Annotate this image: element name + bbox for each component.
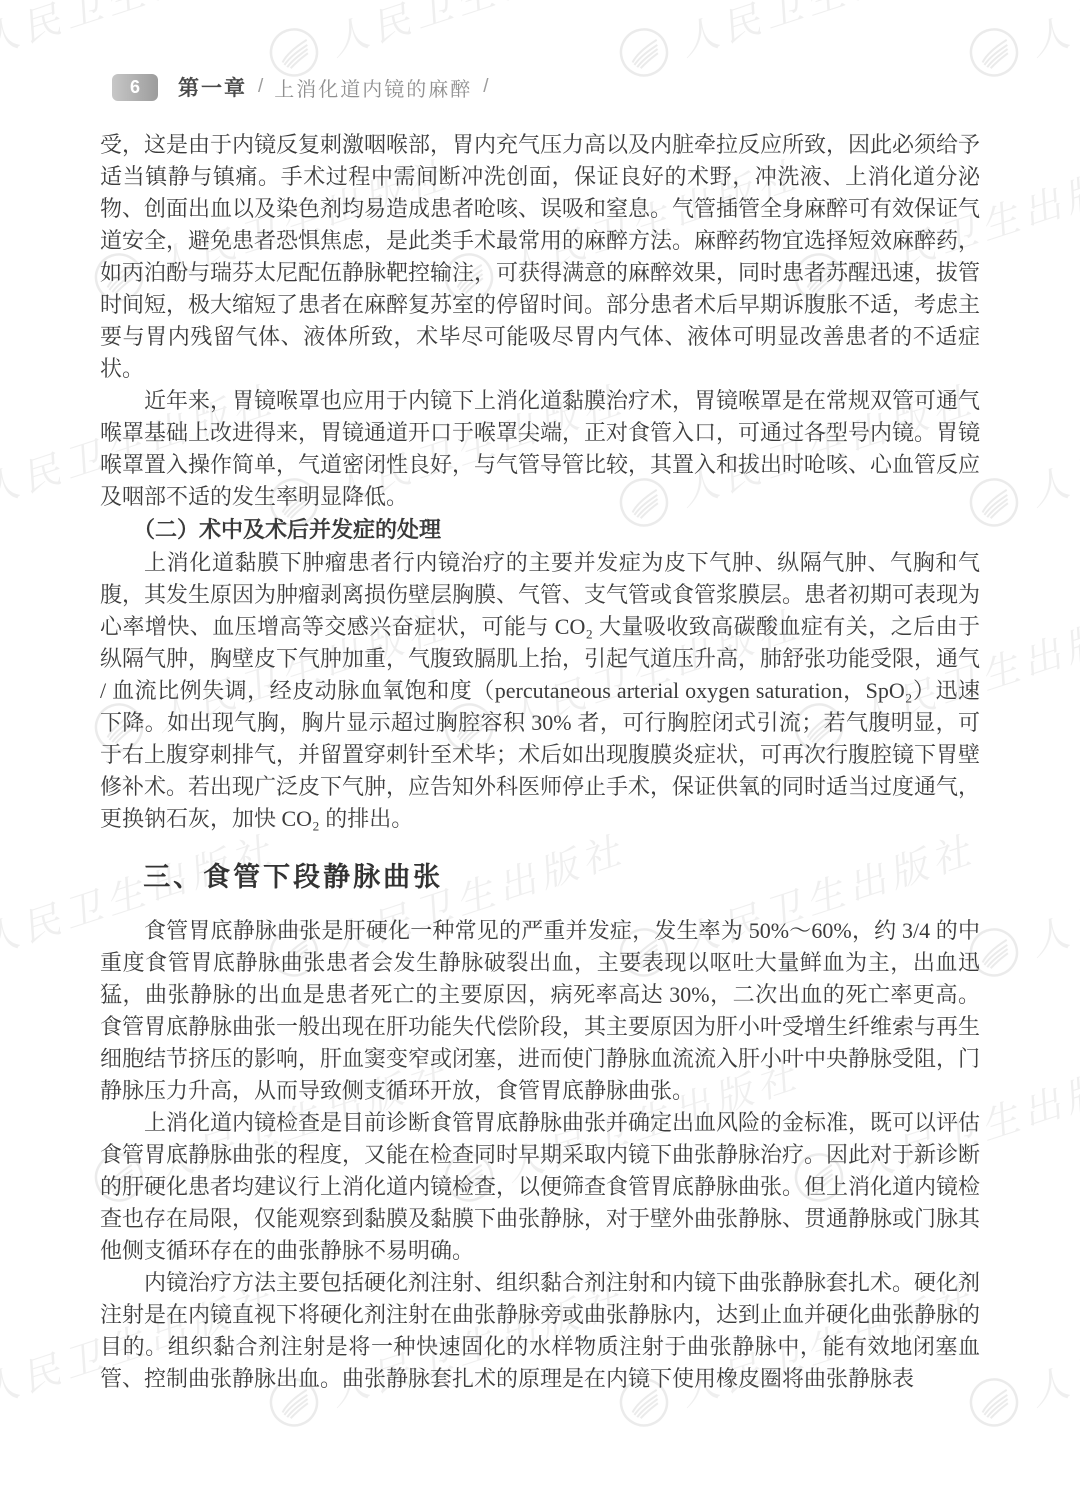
paragraph-endoscopic-treatments: 内镜治疗方法主要包括硬化剂注射、组织黏合剂注射和内镜下曲张静脉套扎术。硬化剂注射… [100, 1267, 980, 1395]
publisher-watermark-text: 人民卫生出版社 [1021, 819, 1080, 966]
header-separator-right: / [483, 76, 488, 98]
publisher-watermark-text: 人民卫生出版社 [1021, 369, 1080, 516]
publisher-watermark: 人民卫生出版社 [961, 0, 1080, 86]
publisher-watermark-text: 人民卫生出版社 [671, 0, 981, 66]
publisher-watermark-text: 人民卫生出版社 [321, 0, 631, 66]
publisher-watermark-text: 人民卫生出版社 [1021, 1269, 1080, 1416]
paragraph-sedation-continuation: 受，这是由于内镜反复刺激咽喉部，胃内充气压力高以及内脏牵拉反应所致，因此必须给予… [100, 129, 980, 385]
subheading-complication-management: （二）术中及术后并发症的处理 [100, 514, 980, 546]
publisher-logo-watermark-icon [611, 19, 677, 85]
header-separator-left: / [258, 76, 263, 98]
section-heading-esophageal-varices: 三、食管下段静脉曲张 [100, 860, 980, 894]
page-header: 6 第一章 / 上消化道内镜的麻醉 / [112, 72, 500, 102]
page-number-badge: 6 [112, 74, 158, 101]
chapter-title: 上消化道内镜的麻醉 [274, 73, 472, 102]
publisher-watermark-text: 人民卫生出版社 [1021, 0, 1080, 66]
publisher-logo-watermark-icon [961, 19, 1027, 85]
paragraph-laryngeal-mask: 近年来，胃镜喉罩也应用于内镜下上消化道黏膜治疗术，胃镜喉罩是在常规双管可通气喉罩… [100, 385, 980, 513]
book-page: 人民卫生出版社 人民卫生出版社 人民卫生出版社 [0, 0, 1080, 1493]
page-body: 受，这是由于内镜反复刺激咽喉部，胃内充气压力高以及内脏牵拉反应所致，因此必须给予… [100, 129, 980, 1395]
paragraph-complications: 上消化道黏膜下肿瘤患者行内镜治疗的主要并发症为皮下气肿、纵隔气肿、气胸和气腹，其… [100, 547, 980, 835]
publisher-watermark-text: 人民卫生出版社 [0, 0, 281, 66]
paragraph-endoscopy-gold-standard: 上消化道内镜检查是目前诊断食管胃底静脉曲张并确定出血风险的金标准，既可以评估食管… [100, 1107, 980, 1267]
publisher-watermark: 人民卫生出版社 [611, 0, 982, 86]
paragraph-varices-overview: 食管胃底静脉曲张是肝硬化一种常见的严重并发症，发生率为 50%～60%，约 3/… [100, 915, 980, 1107]
chapter-label: 第一章 [178, 72, 247, 102]
